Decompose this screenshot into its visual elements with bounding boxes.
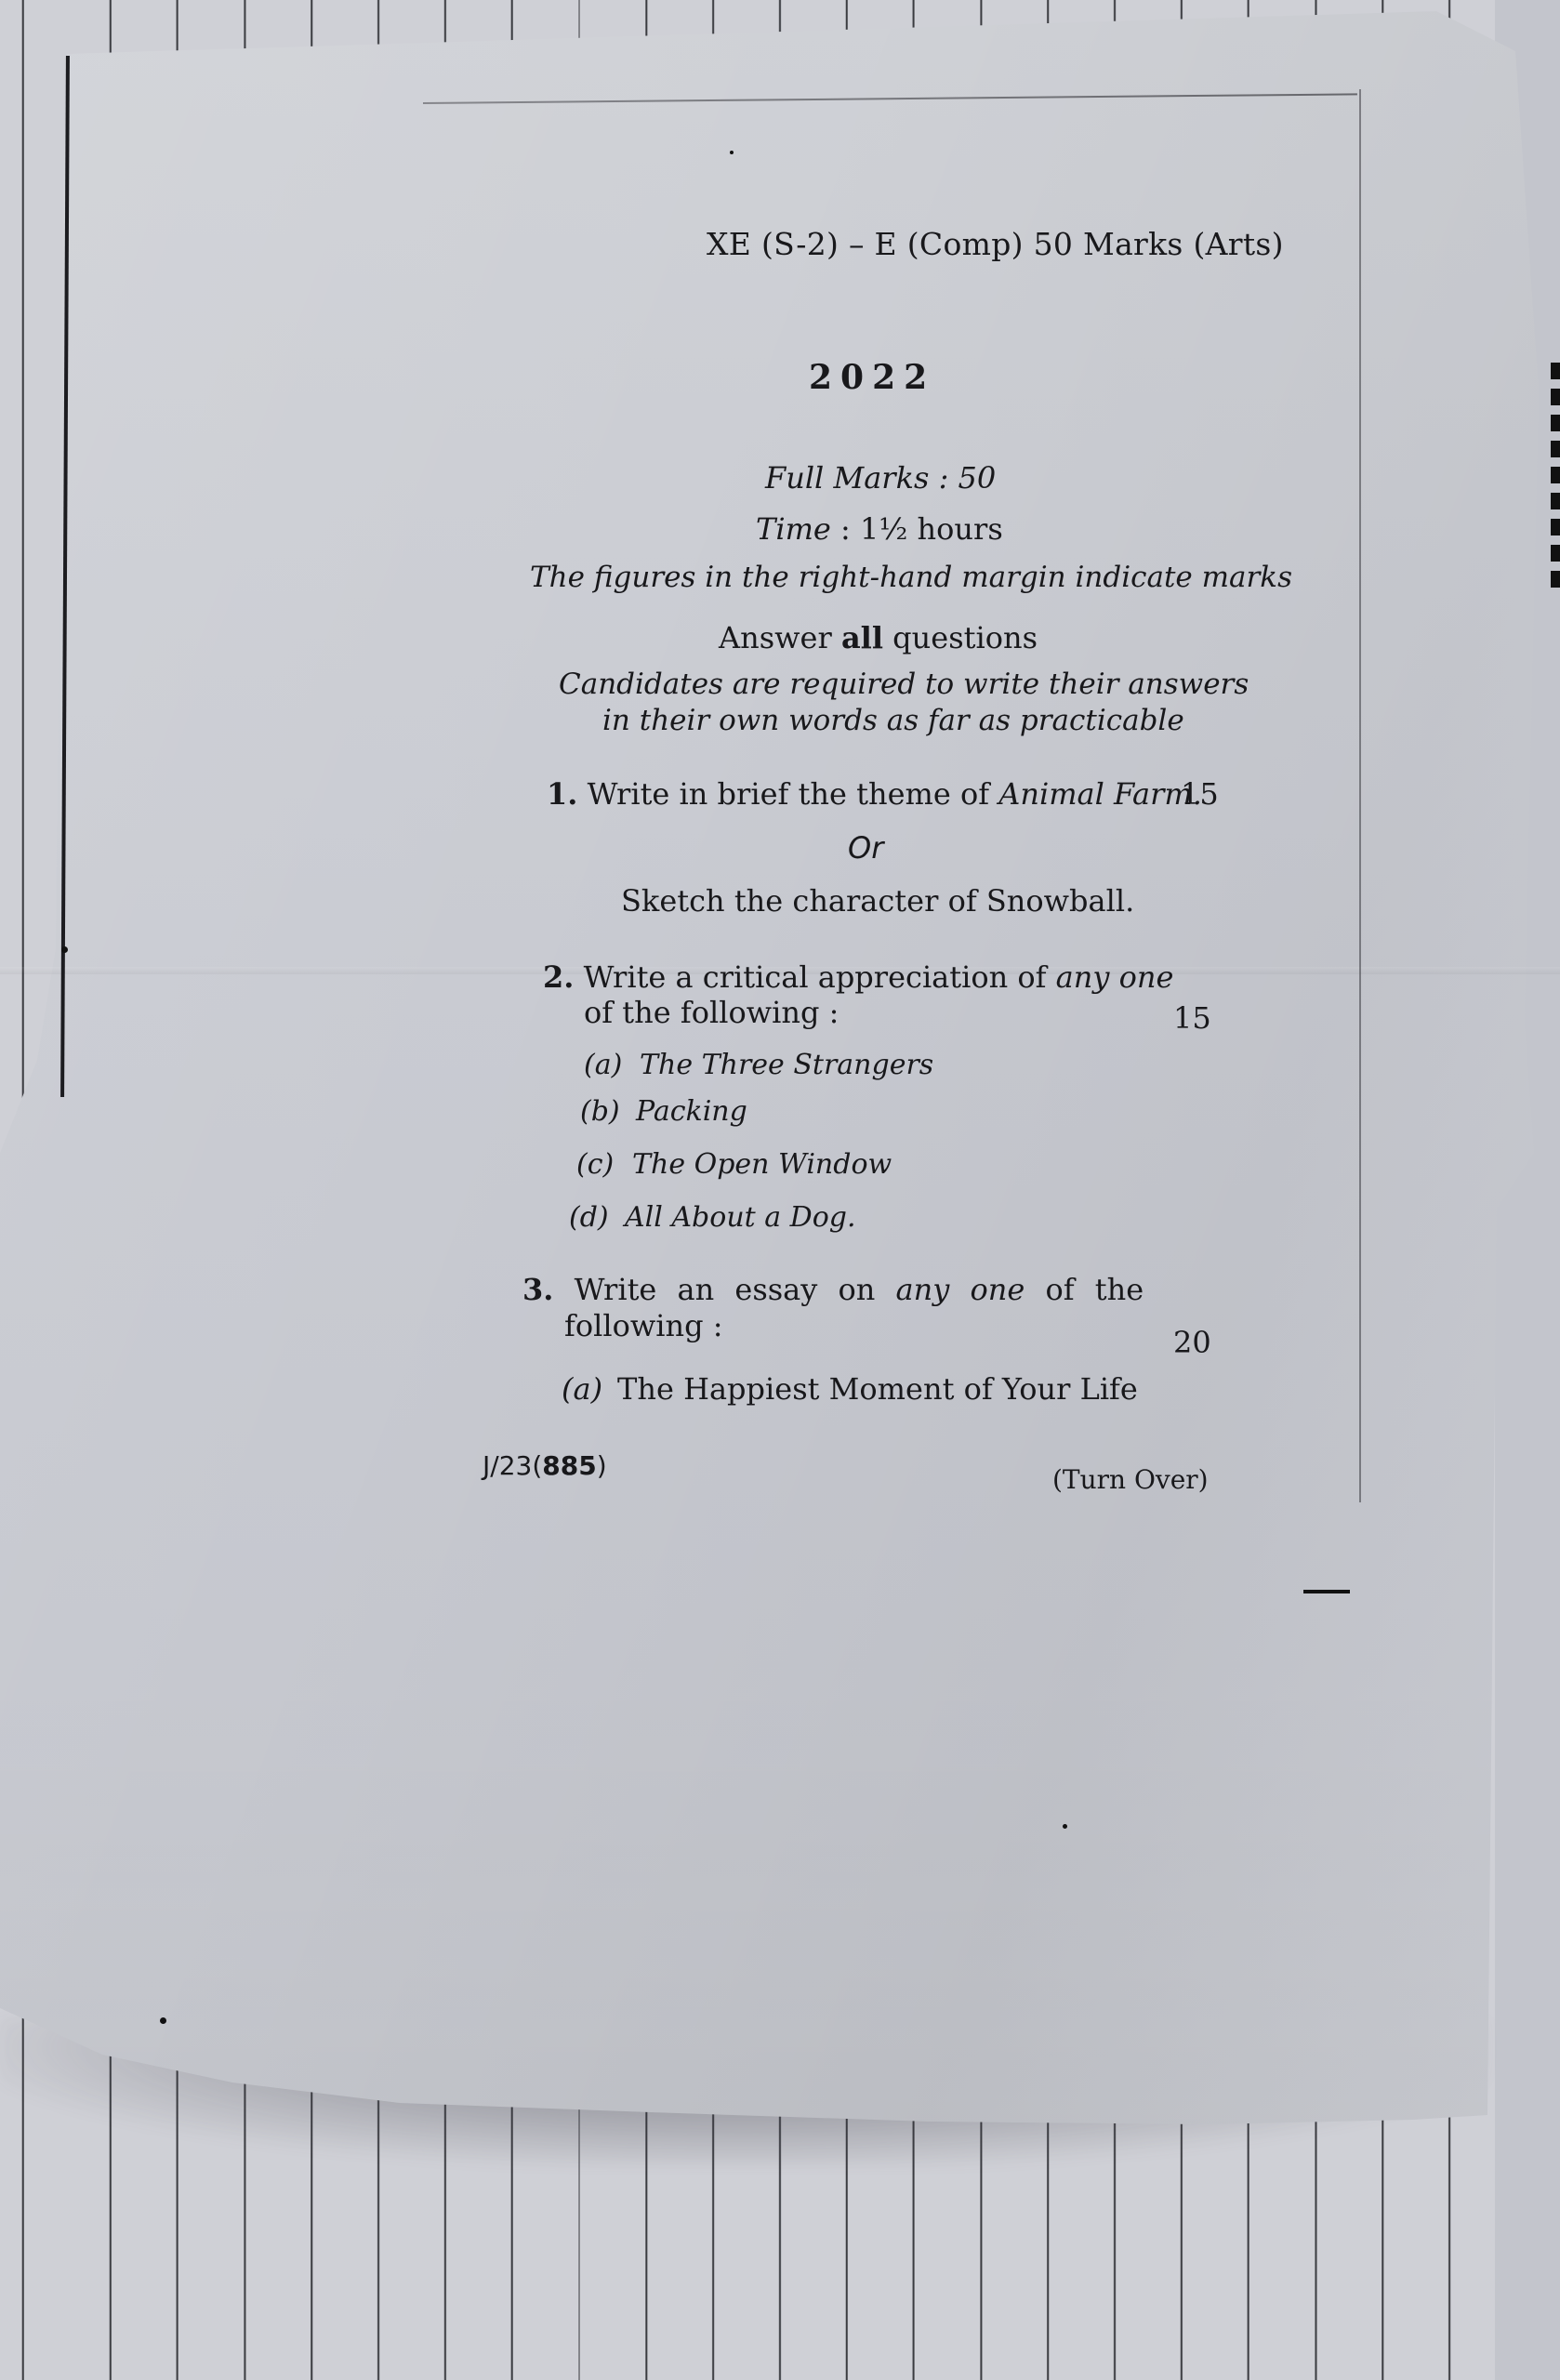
question-2-option-d: (d)All About a Dog. xyxy=(569,1201,856,1234)
answer-prefix: Answer xyxy=(719,620,832,655)
option-label: (a) xyxy=(584,1049,640,1081)
question-text: Write in brief the theme of xyxy=(588,776,989,812)
question-3-line2: following : xyxy=(564,1308,723,1343)
option-label: (c) xyxy=(576,1148,632,1181)
option-label: (d) xyxy=(569,1201,625,1234)
question-text-suffix: of the xyxy=(1045,1272,1144,1307)
full-marks: Full Marks : 50 xyxy=(765,460,996,496)
question-3-marks: 20 xyxy=(1173,1325,1211,1360)
question-title-italic: Animal Farm. xyxy=(998,776,1202,812)
question-emphasis: any one xyxy=(896,1272,1025,1307)
candidates-instruction-line1: Candidates are required to write their a… xyxy=(559,668,1249,701)
question-1-marks: 15 xyxy=(1181,776,1219,812)
turn-over-note: (Turn Over) xyxy=(1052,1464,1209,1495)
question-3-option-a: (a)The Happiest Moment of Your Life xyxy=(562,1371,1138,1407)
question-2-line2: of the following : xyxy=(584,995,839,1030)
option-text: The Open Window xyxy=(632,1148,892,1181)
paper-serial-code: J/23(885) xyxy=(483,1450,607,1481)
option-text: The Happiest Moment of Your Life xyxy=(617,1371,1138,1407)
question-number: 3. xyxy=(522,1272,553,1307)
option-label: (a) xyxy=(562,1371,617,1407)
question-1: 1. Write in brief the theme of Animal Fa… xyxy=(547,776,1202,812)
option-text: Packing xyxy=(636,1095,747,1128)
option-text: All About a Dog. xyxy=(625,1201,856,1234)
question-number: 2. xyxy=(543,959,574,995)
question-2-option-b: (b)Packing xyxy=(580,1095,747,1128)
code-number: 885 xyxy=(542,1450,596,1481)
question-text: Write a critical appreciation of xyxy=(584,959,1047,995)
exam-content: XE (S-2) – E (Comp) 50 Marks (Arts) 2022… xyxy=(0,0,1560,2380)
question-emphasis: any one xyxy=(1056,959,1174,995)
time-value: : 1½ hours xyxy=(840,511,1003,547)
option-text: The Three Strangers xyxy=(640,1049,933,1081)
time-label: Time xyxy=(756,511,831,547)
option-label: (b) xyxy=(580,1095,636,1128)
code-prefix: J/23( xyxy=(483,1450,542,1481)
answer-bold: all xyxy=(841,620,883,655)
question-2: 2. Write a critical appreciation of any … xyxy=(543,959,1173,995)
question-2-option-c: (c)The Open Window xyxy=(576,1148,892,1181)
or-separator: Or xyxy=(848,830,883,866)
marks-note: The figures in the right-hand margin ind… xyxy=(530,561,1292,594)
time-allowed: Time : 1½ hours xyxy=(756,511,1003,547)
question-number: 1. xyxy=(547,776,577,812)
paper-code-header: XE (S-2) – E (Comp) 50 Marks (Arts) xyxy=(707,226,1284,262)
question-3: 3. Write an essay on any one of the xyxy=(522,1272,1144,1307)
answer-suffix: questions xyxy=(892,620,1038,655)
question-2-option-a: (a)The Three Strangers xyxy=(584,1049,933,1081)
exam-year: 2022 xyxy=(809,358,935,397)
answer-all-instruction: Answer all questions xyxy=(719,620,1038,655)
code-suffix: ) xyxy=(597,1450,607,1481)
candidates-instruction-line2: in their own words as far as practicable xyxy=(602,704,1184,737)
question-text: Write an essay on xyxy=(575,1272,876,1307)
question-2-marks: 15 xyxy=(1173,1000,1211,1036)
question-1-alternative: Sketch the character of Snowball. xyxy=(621,883,1134,919)
